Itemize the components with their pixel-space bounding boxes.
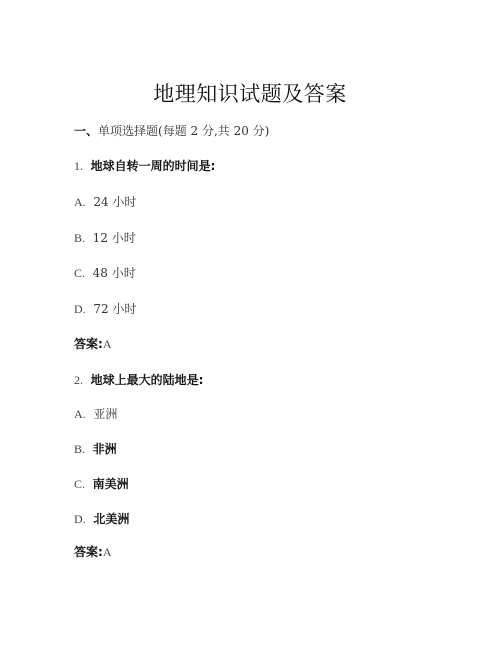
option-text: 亚洲 (93, 407, 117, 421)
answer-label: 答案: (74, 545, 103, 559)
question-1-option-c: C. 48 小时 (74, 265, 136, 281)
option-text: 非洲 (93, 442, 117, 456)
option-text: 南美洲 (93, 477, 129, 491)
option-text: 24 小时 (93, 195, 136, 209)
option-letter: C. (74, 477, 85, 491)
option-text: 北美洲 (93, 512, 129, 526)
question-1-option-d: D. 72 小时 (74, 301, 136, 317)
option-letter: A. (74, 195, 86, 209)
question-text: 地球上最大的陆地是: (91, 373, 204, 387)
question-2-option-a: A. 亚洲 (74, 406, 117, 422)
answer-label: 答案: (74, 337, 103, 351)
option-letter: D. (74, 302, 86, 316)
question-2-answer: 答案:A (74, 544, 111, 560)
page-title: 地理知识试题及答案 (0, 78, 500, 108)
option-letter: A. (74, 407, 86, 421)
option-letter: B. (74, 231, 85, 245)
question-number: 1. (74, 159, 83, 173)
question-2-option-c: C. 南美洲 (74, 476, 129, 492)
option-text: 12 小时 (93, 231, 136, 245)
option-letter: B. (74, 442, 85, 456)
answer-value: A (103, 545, 112, 559)
option-letter: D. (74, 512, 86, 526)
option-text: 48 小时 (93, 266, 136, 280)
question-text: 地球自转一周的时间是: (91, 159, 216, 173)
question-1-option-b: B. 12 小时 (74, 230, 136, 246)
question-1-answer: 答案:A (74, 336, 111, 352)
option-text: 72 小时 (93, 302, 136, 316)
section-heading: 一、单项选择题(每题 2 分,共 20 分) (74, 123, 269, 139)
question-number: 2. (74, 373, 83, 387)
question-2-option-b: B. 非洲 (74, 441, 117, 457)
section-heading-text: 单项选择题(每题 2 分,共 20 分) (98, 124, 269, 138)
answer-value: A (103, 337, 112, 351)
question-2: 2. 地球上最大的陆地是: (74, 372, 203, 388)
question-1-option-a: A. 24 小时 (74, 194, 136, 210)
option-letter: C. (74, 266, 85, 280)
question-1: 1. 地球自转一周的时间是: (74, 158, 215, 174)
question-2-option-d: D. 北美洲 (74, 511, 129, 527)
section-prefix: 一、 (74, 124, 98, 138)
